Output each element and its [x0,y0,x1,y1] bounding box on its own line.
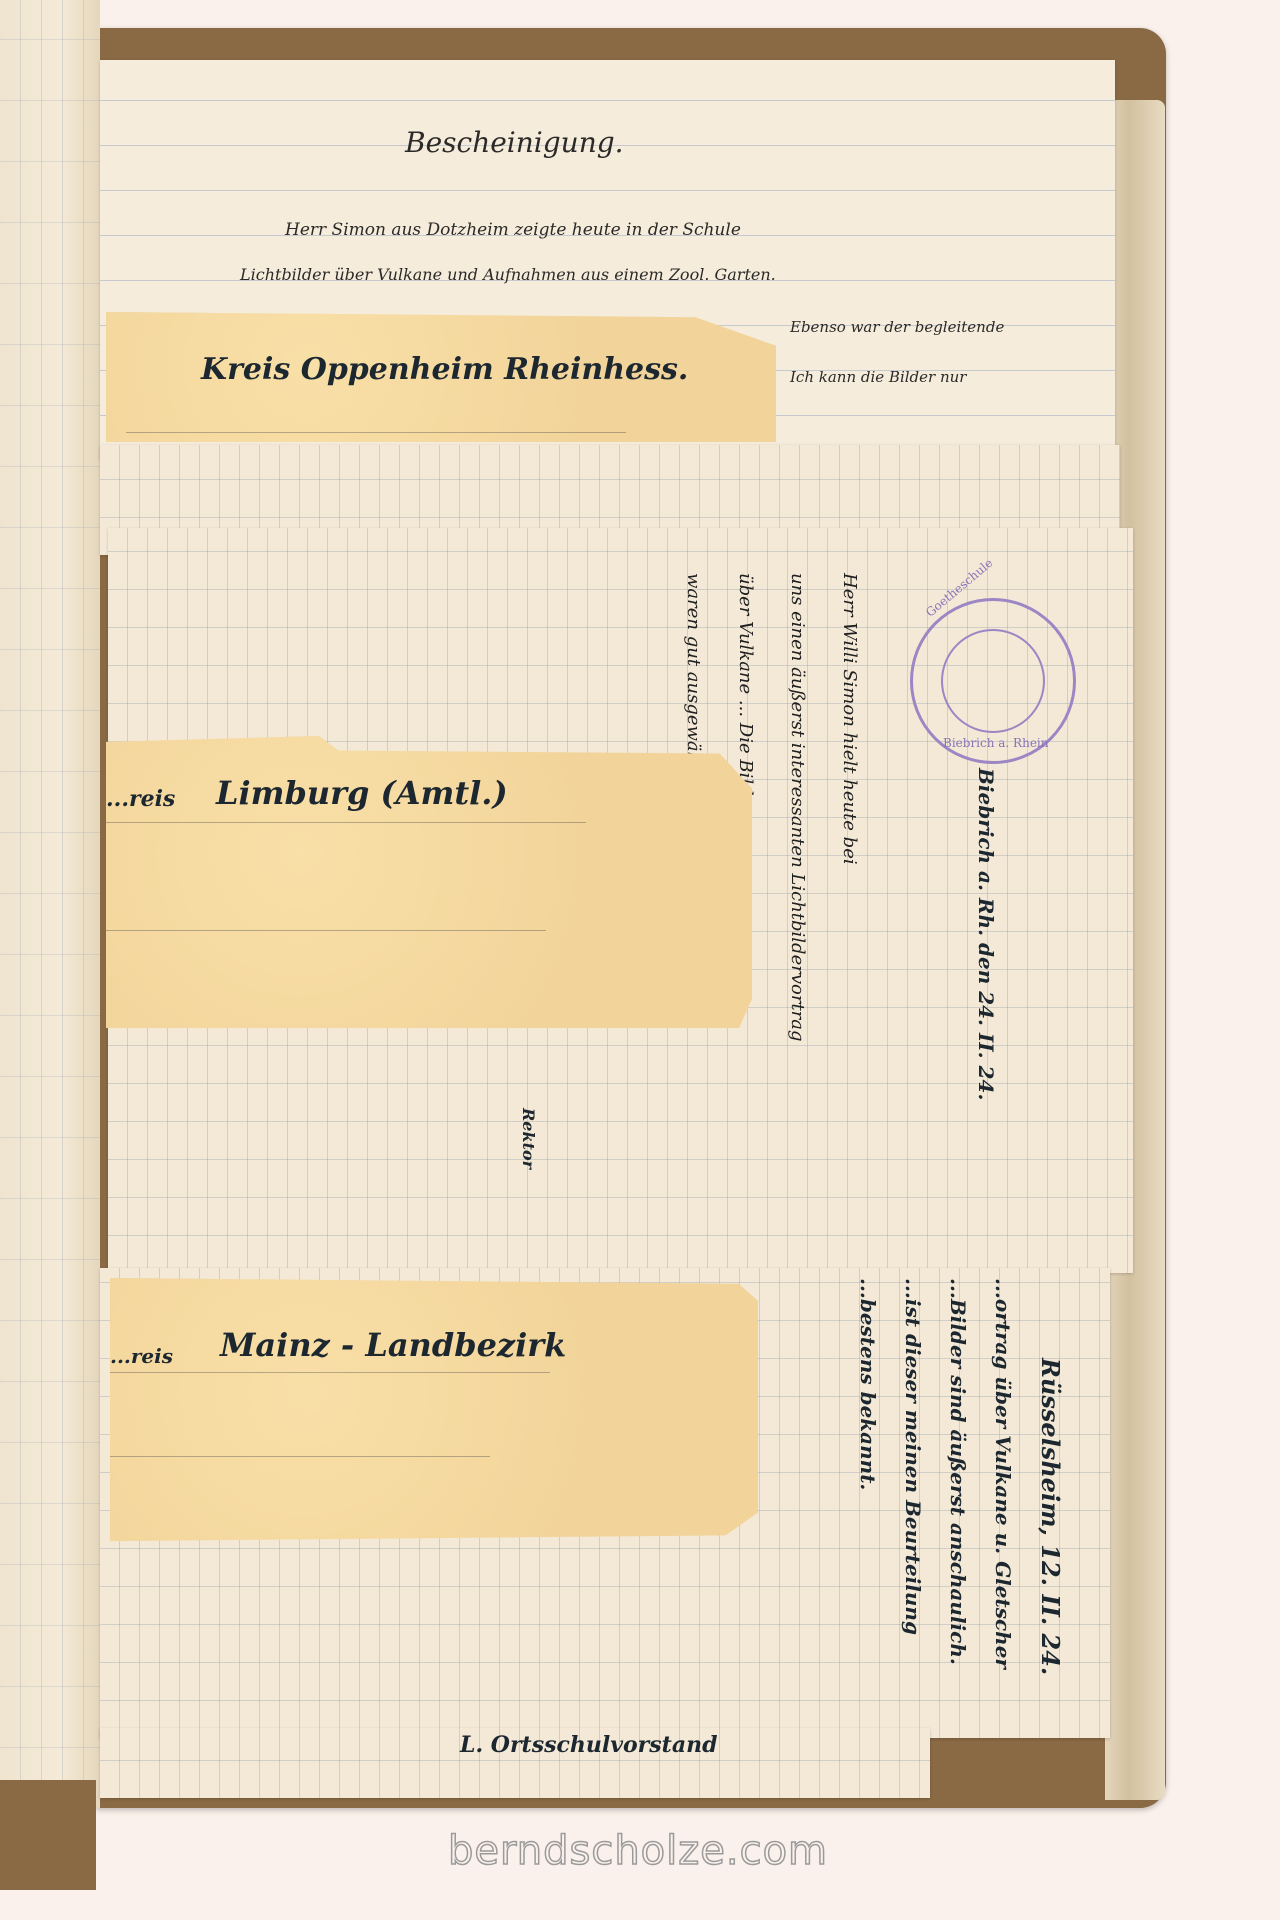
document-title: Bescheinigung. [405,126,624,159]
label-prefix: ...reis [106,786,175,812]
label-prefix: ...reis [110,1344,173,1368]
folder-board-corner [0,1780,96,1890]
place-label: ...reis Limburg (Amtl.) [106,736,752,1028]
document-line: Herr Simon aus Dotzheim zeigte heute in … [285,220,741,240]
label-text: Kreis Oppenheim Rheinhess. [201,352,688,387]
letter-line: waren gut ausgewählt. [683,573,704,782]
letter-place-date: Rüsselsheim, 12. II. 24. [1036,1358,1065,1675]
left-curled-page [0,0,100,1808]
letter-line: Herr Willi Simon hielt heute bei [839,573,860,865]
stamp-text-bottom: Biebrich a. Rhein [943,736,1049,750]
letter-line: uns einen äußerst interessanten Lichtbil… [787,573,808,1042]
watermark: berndscholze.com [448,1828,828,1874]
school-stamp: Goetheschule Biebrich a. Rhein [910,598,1076,764]
place-label: ...reis Mainz - Landbezirk [110,1278,758,1564]
stamp-text-top: Goetheschule [923,556,995,620]
label-text: Mainz - Landbezirk [220,1326,566,1364]
label-text: Limburg (Amtl.) [216,774,508,812]
document-line: Ich kann die Bilder nur [790,368,966,386]
letter-line: ...bestens bekannt. [856,1278,880,1490]
document-line: Lichtbilder über Vulkane und Aufnahmen a… [240,265,776,284]
bottom-strip: L. Ortsschulvorstand [100,1728,930,1798]
place-label: Kreis Oppenheim Rheinhess. [106,312,776,442]
signature: Rektor [519,1108,538,1169]
document-line: Ebenso war der begleitende [790,318,1004,336]
letter-place-date: Biebrich a. Rh. den 24. II. 24. [974,768,998,1100]
strip-text: L. Ortsschulvorstand [460,1732,717,1758]
letter-line: ...ist dieser meinen Beurteilung [901,1278,925,1635]
letter-line: ...Bilder sind äußerst anschaulich. [946,1278,970,1665]
letter-line: ...ortrag über Vulkane u. Gletscher [991,1278,1015,1669]
